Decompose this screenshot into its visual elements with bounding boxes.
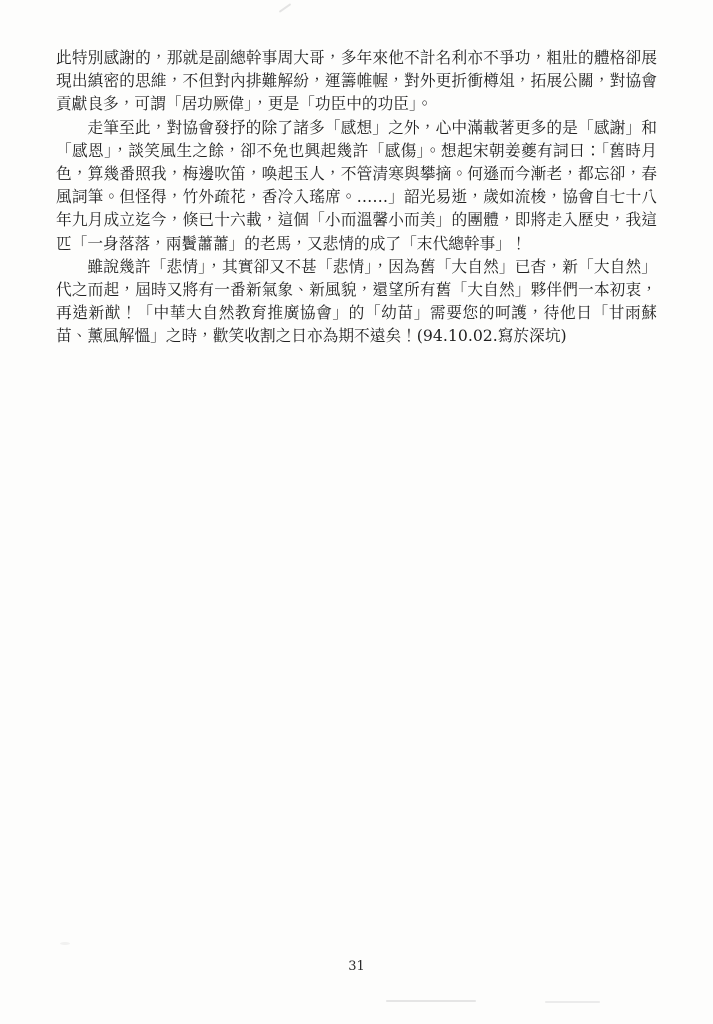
scan-artifact [545,1001,600,1003]
paragraph: 雖說幾許「悲情」，其實卻又不甚「悲情」，因為舊「大自然」已杳，新「大自然」代之而… [56,255,657,348]
document-page: 此特別感謝的，那就是副總幹事周大哥，多年來他不計名利亦不爭功，粗壯的體格卻展現出… [0,0,713,1024]
paragraph: 走筆至此，對協會發抒的除了諸多「感想」之外，心中滿載著更多的是「感謝」和「感恩」… [56,116,657,255]
document-body: 此特別感謝的，那就是副總幹事周大哥，多年來他不計名利亦不爭功，粗壯的體格卻展現出… [56,46,657,348]
paragraph: 此特別感謝的，那就是副總幹事周大哥，多年來他不計名利亦不爭功，粗壯的體格卻展現出… [56,46,657,116]
scan-artifact [60,942,70,945]
page-number: 31 [0,959,713,974]
scan-artifact [386,1000,476,1002]
scan-artifact [279,3,292,13]
